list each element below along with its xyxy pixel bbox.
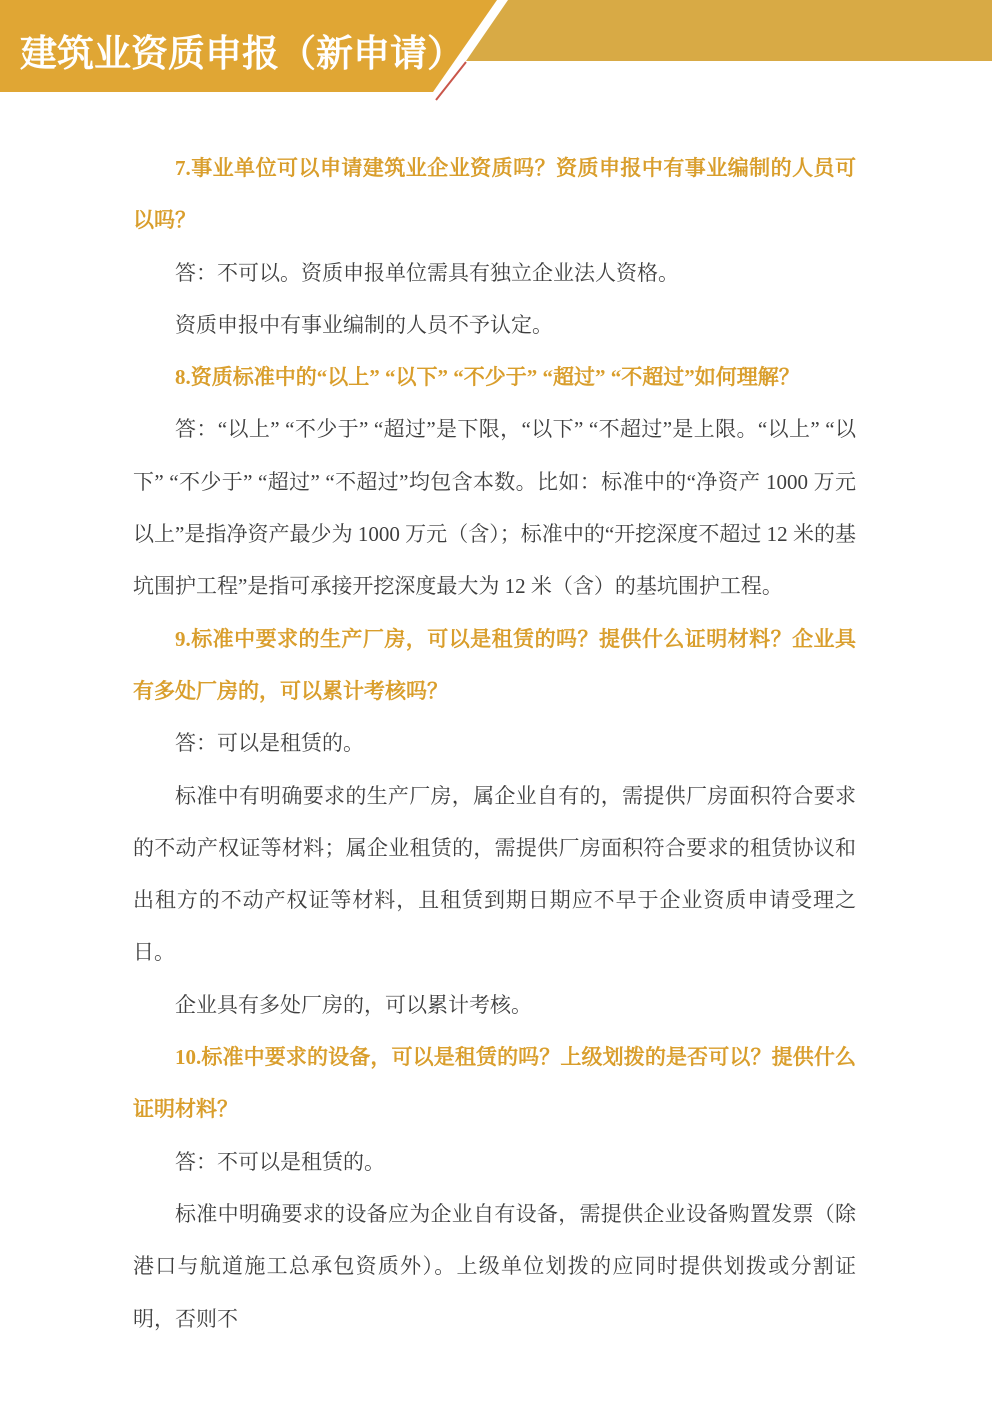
- answer-paragraph: 答：不可以是租赁的。: [133, 1136, 856, 1188]
- answer-paragraph: 企业具有多处厂房的，可以累计考核。: [133, 979, 856, 1031]
- page-title: 建筑业资质申报（新申请）: [20, 0, 464, 92]
- header-ribbon-shape: [466, 0, 992, 61]
- question-paragraph: 10.标准中要求的设备，可以是租赁的吗？上级划拨的是否可以？提供什么证明材料？: [133, 1031, 856, 1136]
- answer-paragraph: 答：不可以。资质申报单位需具有独立企业法人资格。: [133, 247, 856, 299]
- question-paragraph: 9.标准中要求的生产厂房，可以是租赁的吗？提供什么证明材料？企业具有多处厂房的，…: [133, 613, 856, 718]
- question-paragraph: 8.资质标准中的“以上” “以下” “不少于” “超过” “不超过”如何理解？: [133, 351, 856, 403]
- answer-paragraph: 答：“以上” “不少于” “超过”是下限，“以下” “不超过”是上限。“以上” …: [133, 403, 856, 612]
- answer-paragraph: 答：可以是租赁的。: [133, 717, 856, 769]
- answer-paragraph: 标准中明确要求的设备应为企业自有设备，需提供企业设备购置发票（除港口与航道施工总…: [133, 1188, 856, 1345]
- page-header: 建筑业资质申报（新申请）: [0, 0, 992, 105]
- answer-paragraph: 资质申报中有事业编制的人员不予认定。: [133, 299, 856, 351]
- question-paragraph: 7.事业单位可以申请建筑业企业资质吗？资质申报中有事业编制的人员可以吗？: [133, 142, 856, 247]
- answer-paragraph: 标准中有明确要求的生产厂房，属企业自有的，需提供厂房面积符合要求的不动产权证等材…: [133, 770, 856, 979]
- document-body: 7.事业单位可以申请建筑业企业资质吗？资质申报中有事业编制的人员可以吗？答：不可…: [131, 140, 856, 1345]
